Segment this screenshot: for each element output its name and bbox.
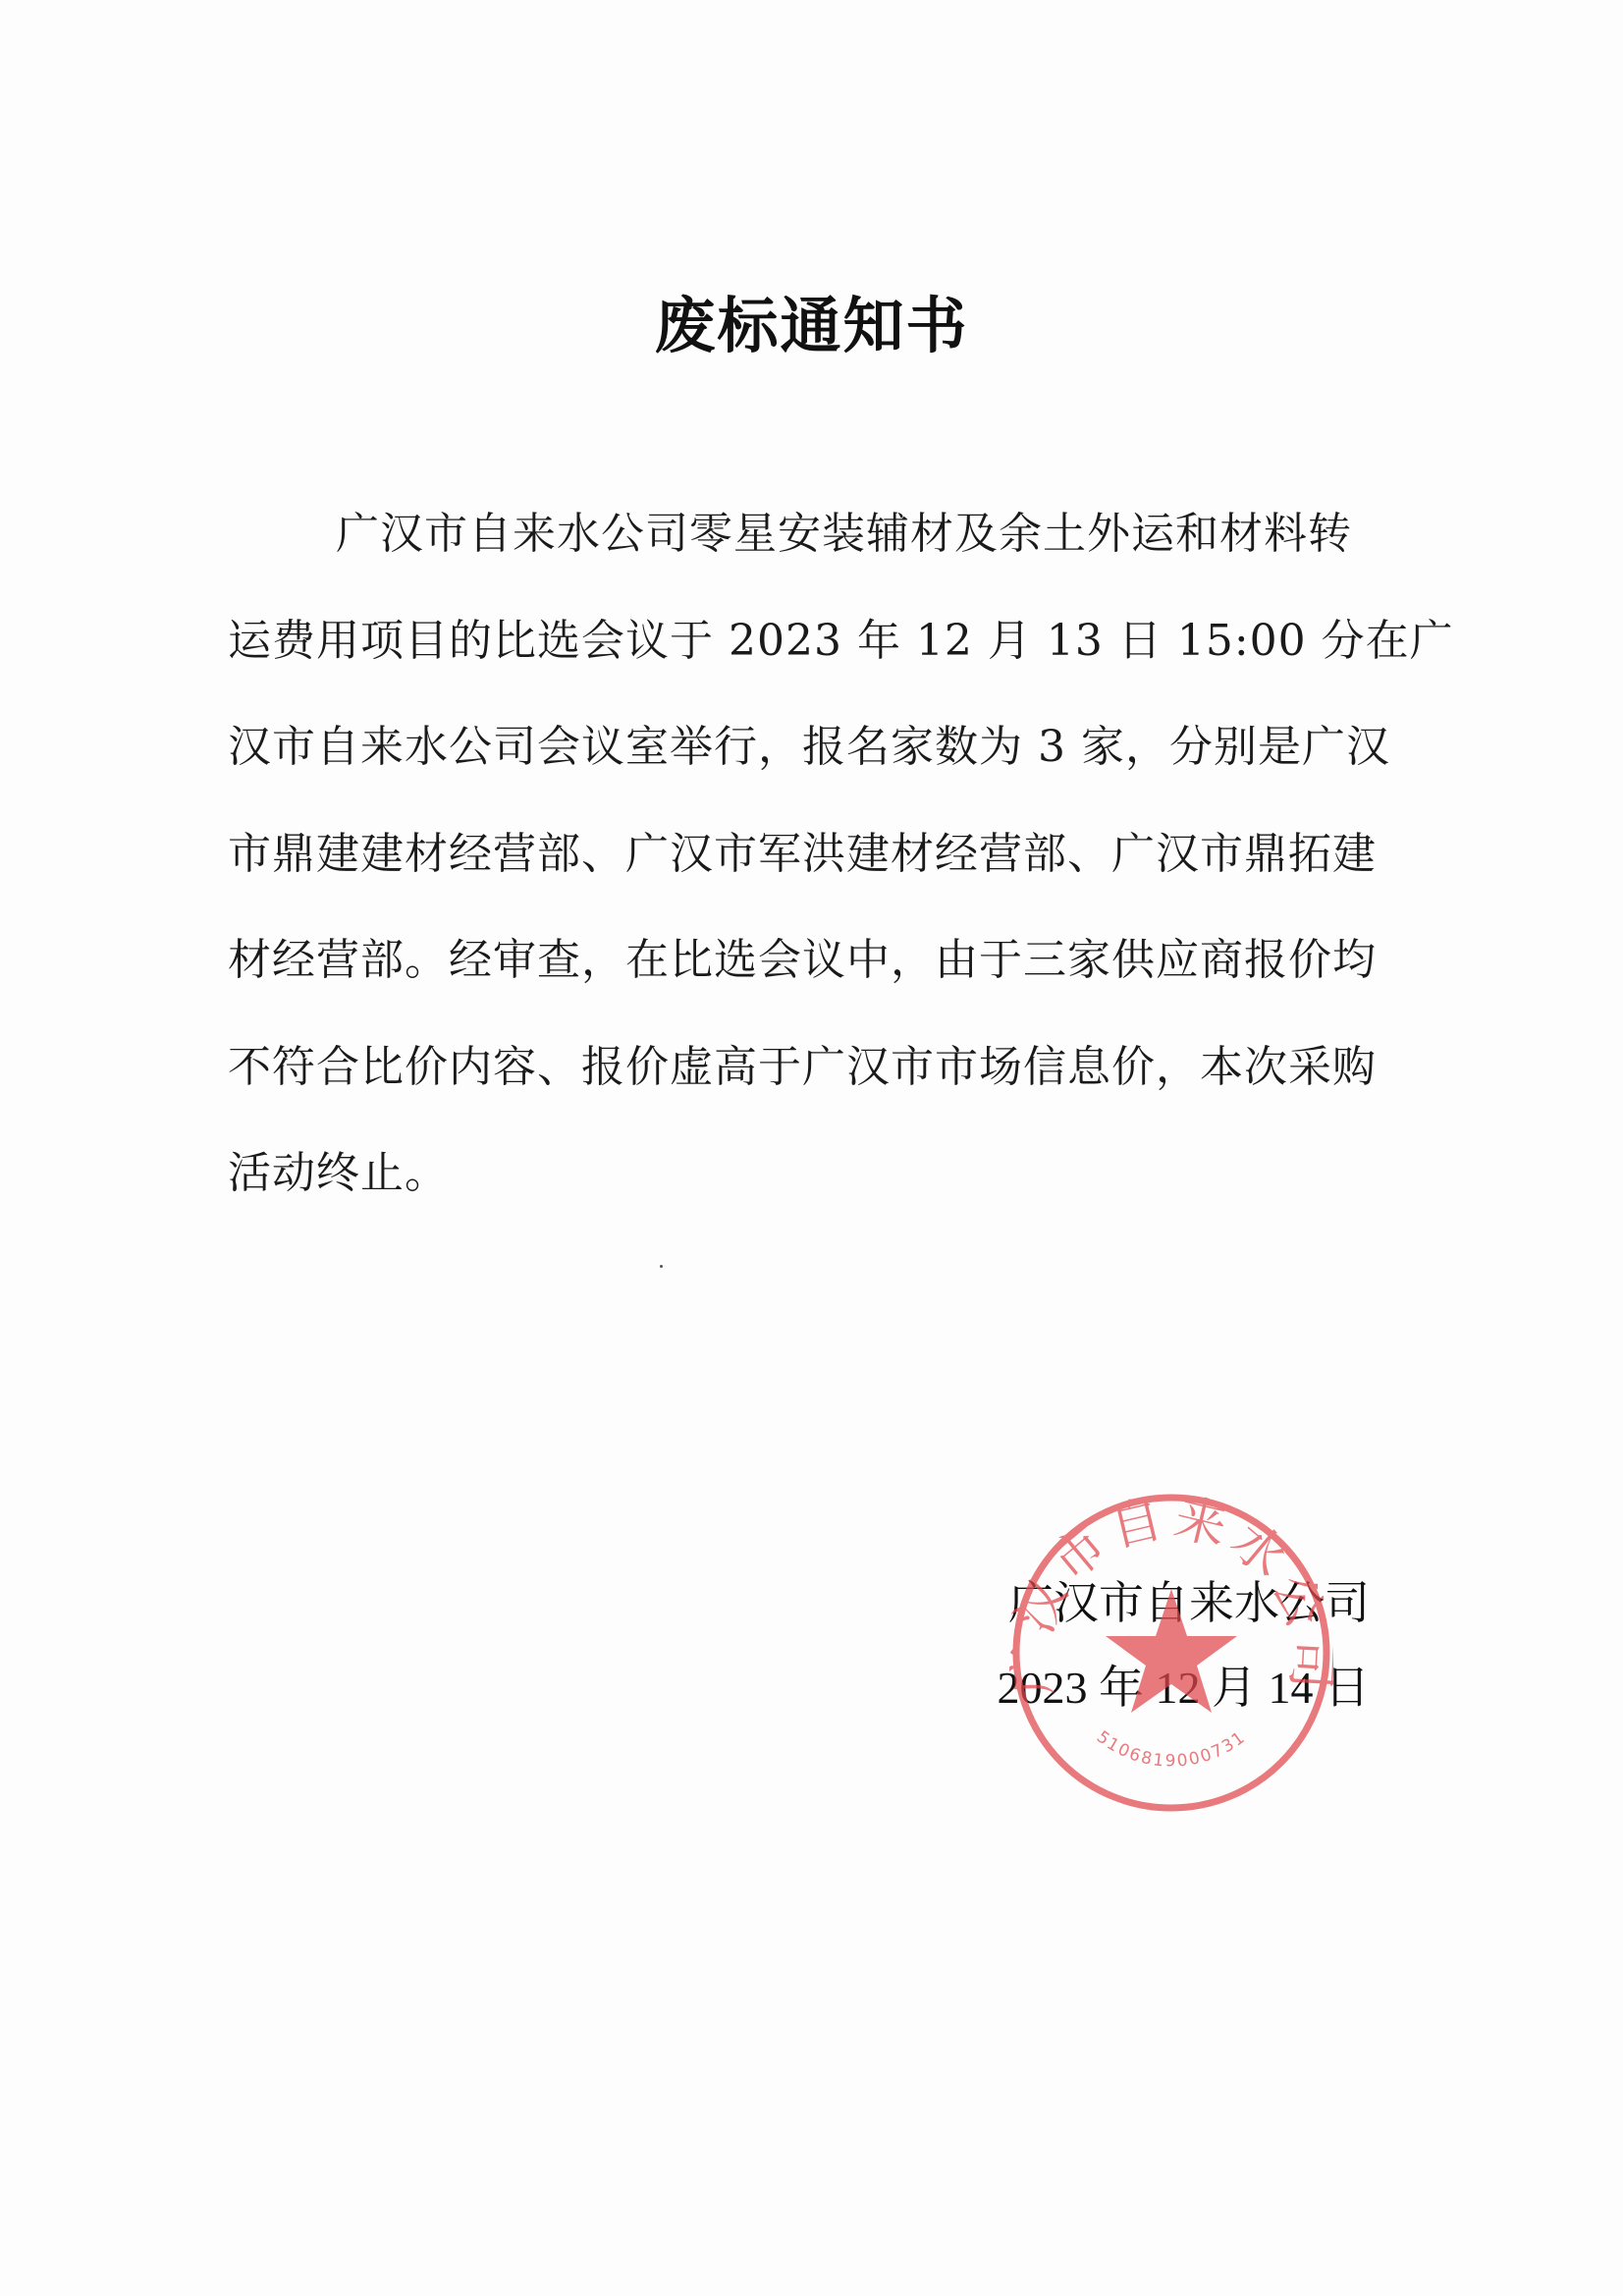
body-line: 材经营部。经审查，在比选会议中，由于三家供应商报价均	[228, 907, 1375, 1014]
body-line: 广汉市自来水公司零星安装辅材及余土外运和材料转	[228, 481, 1375, 588]
body-line: 运费用项目的比选会议于 2023 年 12 月 13 日 15:00 分在广	[228, 588, 1375, 695]
signature-organization: 广汉市自来水公司	[998, 1561, 1371, 1646]
notice-body: 广汉市自来水公司零星安装辅材及余土外运和材料转 运费用项目的比选会议于 2023…	[228, 481, 1375, 1228]
svg-text:5106819000731: 5106819000731	[1093, 1727, 1250, 1772]
body-line: 不符合比价内容、报价虚高于广汉市市场信息价，本次采购	[228, 1014, 1375, 1121]
seal-code: 5106819000731	[1093, 1727, 1250, 1772]
signature-block: 广汉市自来水公司 2023 年 12 月 14 日	[998, 1561, 1371, 1730]
body-line: 活动终止。	[228, 1121, 1375, 1228]
document-title: 废标通知书	[0, 277, 1623, 364]
scan-speck	[660, 1265, 663, 1268]
body-line: 汉市自来水公司会议室举行，报名家数为 3 家，分别是广汉	[228, 694, 1375, 801]
document-page: 废标通知书 广汉市自来水公司零星安装辅材及余土外运和材料转 运费用项目的比选会议…	[0, 0, 1623, 2296]
body-line: 市鼎建建材经营部、广汉市军洪建材经营部、广汉市鼎拓建	[228, 801, 1375, 908]
signature-date: 2023 年 12 月 14 日	[998, 1646, 1371, 1730]
